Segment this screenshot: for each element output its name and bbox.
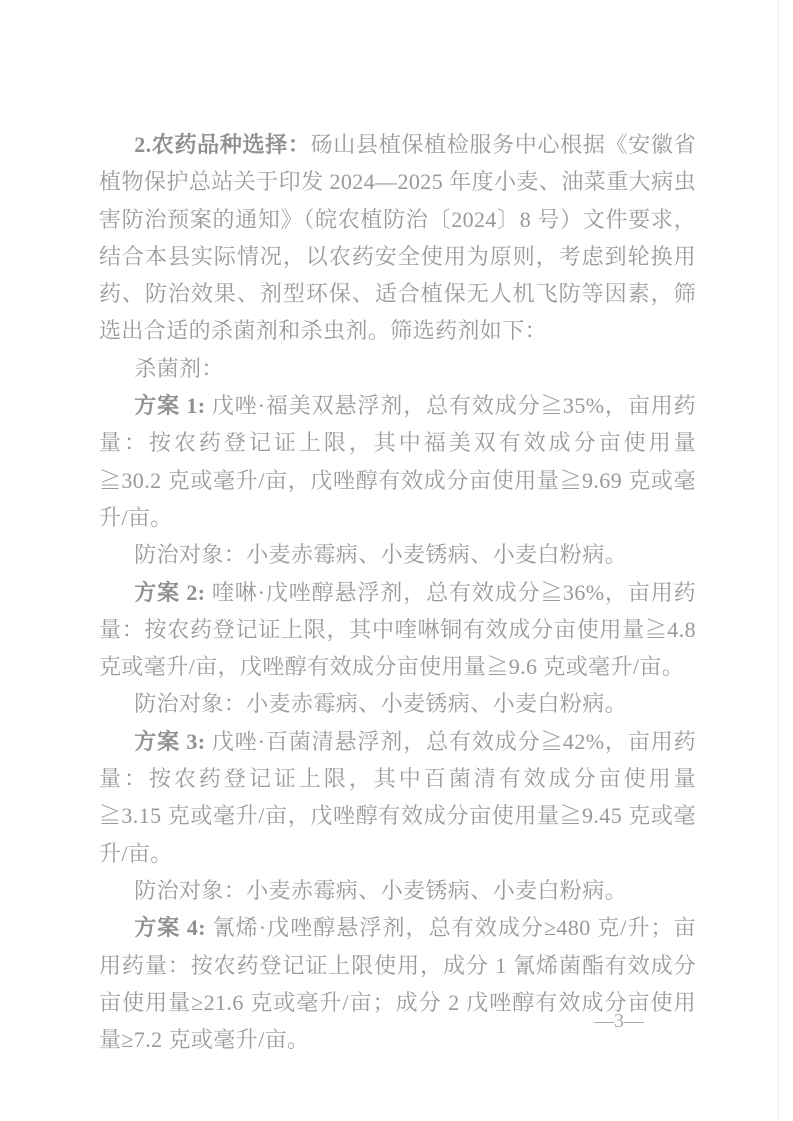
para-plan-2: 方案 2: 喹啉·戊唑醇悬浮剂，总有效成分≧36%，亩用药量：按农药登记证上限，… — [99, 574, 696, 686]
para-pesticide-selection: 2.农药品种选择：砀山县植保植检服务中心根据《安徽省植物保护总站关于印发 202… — [99, 126, 696, 350]
para-pesticide-selection-lead: 2.农药品种选择： — [134, 132, 310, 157]
para-plan-2-lead: 方案 2: — [134, 580, 212, 605]
para-plan-4-lead: 方案 4: — [134, 915, 212, 940]
document-body: 2.农药品种选择：砀山县植保植检服务中心根据《安徽省植物保护总站关于印发 202… — [99, 126, 696, 1058]
page-number: —3— — [594, 1010, 644, 1033]
para-plan-2-targets: 防治对象：小麦赤霉病、小麦锈病、小麦白粉病。 — [99, 685, 696, 722]
para-plan-4: 方案 4: 氰烯·戊唑醇悬浮剂，总有效成分≥480 克/升；亩用药量：按农药登记… — [99, 909, 696, 1058]
para-plan-1-lead: 方案 1: — [134, 393, 212, 418]
scan-edge-artifact — [778, 0, 779, 1121]
scanned-document-page: 2.农药品种选择：砀山县植保植检服务中心根据《安徽省植物保护总站关于印发 202… — [0, 0, 793, 1121]
para-fungicide-heading: 杀菌剂： — [99, 350, 696, 387]
para-plan-1: 方案 1: 戊唑·福美双悬浮剂，总有效成分≧35%，亩用药量：按农药登记证上限，… — [99, 387, 696, 536]
para-pesticide-selection-text: 砀山县植保植检服务中心根据《安徽省植物保护总站关于印发 2024—2025 年度… — [99, 132, 696, 343]
para-plan-1-targets: 防治对象：小麦赤霉病、小麦锈病、小麦白粉病。 — [99, 536, 696, 573]
para-plan-2-targets-text: 防治对象：小麦赤霉病、小麦锈病、小麦白粉病。 — [134, 691, 627, 716]
para-plan-3-lead: 方案 3: — [134, 729, 212, 754]
para-plan-3-targets: 防治对象：小麦赤霉病、小麦锈病、小麦白粉病。 — [99, 872, 696, 909]
para-plan-3-targets-text: 防治对象：小麦赤霉病、小麦锈病、小麦白粉病。 — [134, 878, 627, 903]
para-plan-1-targets-text: 防治对象：小麦赤霉病、小麦锈病、小麦白粉病。 — [134, 542, 627, 567]
para-plan-3: 方案 3: 戊唑·百菌清悬浮剂，总有效成分≧42%，亩用药量：按农药登记证上限，… — [99, 723, 696, 872]
para-fungicide-heading-text: 杀菌剂： — [134, 356, 224, 381]
